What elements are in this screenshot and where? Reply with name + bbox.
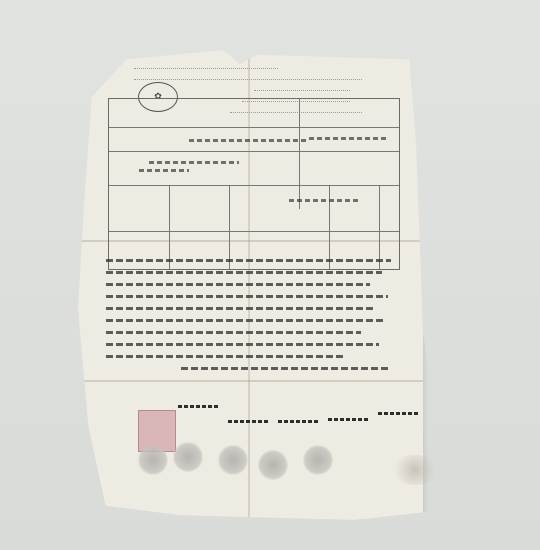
handwritten-body-text (106, 250, 406, 379)
signature (328, 418, 368, 421)
fold-line (78, 380, 423, 382)
ink-seal (303, 445, 333, 475)
document-paper: ✿ (78, 50, 423, 520)
ink-seal (173, 442, 203, 472)
signature (228, 420, 268, 423)
signature (378, 412, 418, 415)
stain (390, 455, 440, 485)
form-table (108, 98, 400, 270)
ink-seal (218, 445, 248, 475)
ink-seal (138, 445, 168, 475)
signature (178, 405, 218, 408)
ink-seal (258, 450, 288, 480)
signature (278, 420, 318, 423)
